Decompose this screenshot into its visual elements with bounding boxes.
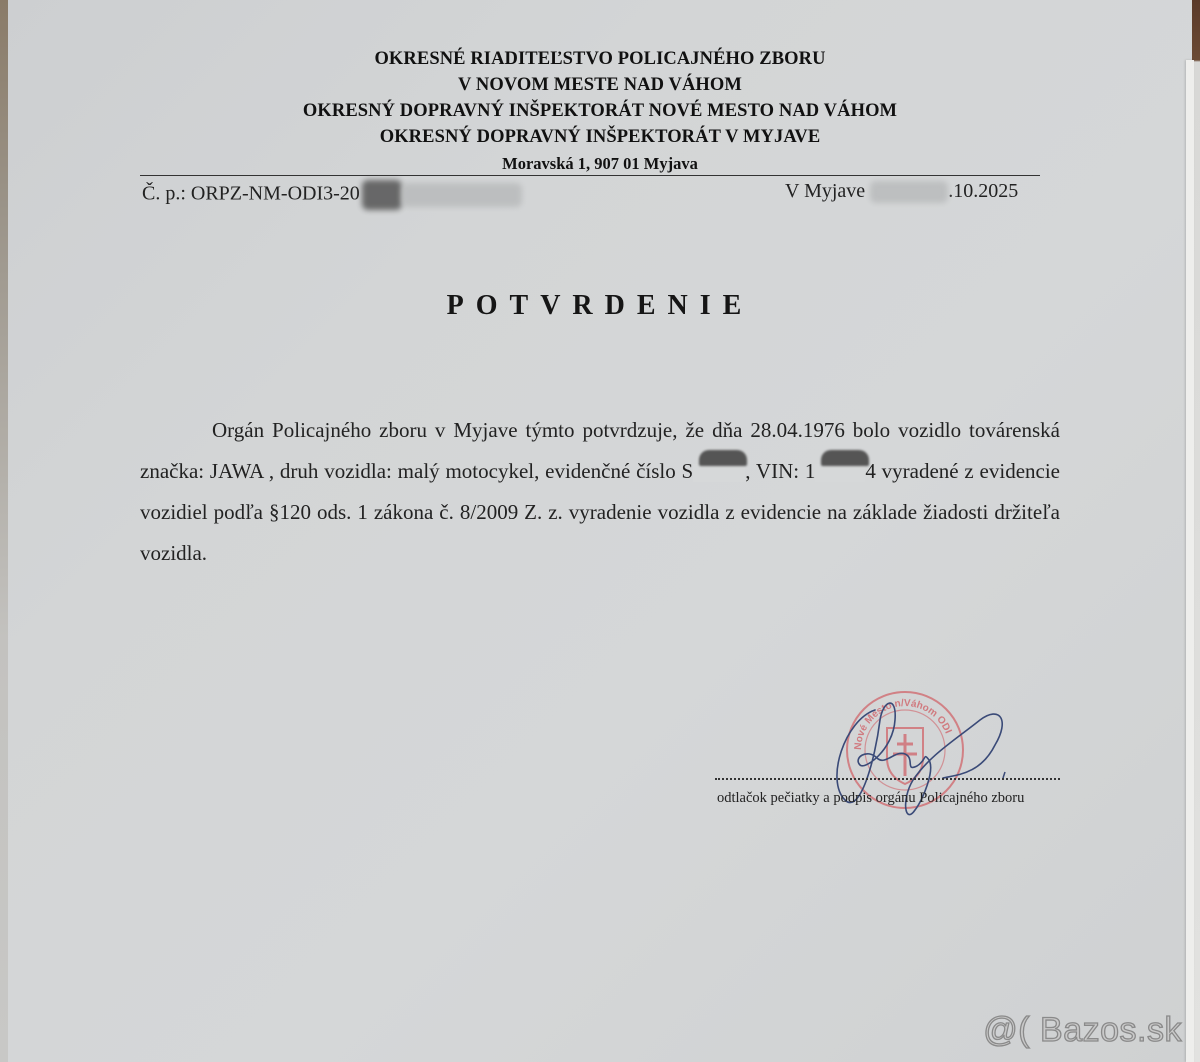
vin-redaction — [815, 464, 865, 482]
redaction-blur — [402, 183, 522, 207]
page-title: POTVRDENIE — [0, 290, 1200, 322]
reference-number: Č. p.: ORPZ-NM-ODI3-20 — [142, 180, 522, 210]
confirmation-paragraph: Orgán Policajného zboru v Myjave týmto p… — [140, 410, 1060, 574]
reference-prefix: Č. p.: ORPZ-NM-ODI3-20 — [142, 183, 360, 205]
signature-caption: odtlačok pečiatky a podpis orgánu Polica… — [717, 790, 1024, 807]
signature-block: Nové Mesto n/Váhom ODI odtlačok pečiatky… — [715, 680, 1075, 830]
plate-visible: S — [682, 459, 694, 483]
date-place: V Myjave — [785, 180, 865, 202]
header-line-3: OKRESNÝ DOPRAVNÝ INŠPEKTORÁT NOVÉ MESTO … — [0, 98, 1200, 124]
plate-redaction — [693, 464, 745, 482]
header-address: Moravská 1, 907 01 Myjava — [0, 154, 1200, 174]
header-line-2: V NOVOM MESTE NAD VÁHOM — [0, 72, 1200, 98]
date-visible: .10.2025 — [948, 180, 1018, 202]
redaction-blur — [870, 181, 948, 203]
paper-stack-edge — [1186, 60, 1194, 1062]
vin-start: 1 — [805, 459, 816, 483]
document-date: V Myjave .10.2025 — [785, 180, 1018, 203]
redaction-blur — [362, 180, 402, 210]
watermark-logo: @( Bazos.sk — [983, 1011, 1182, 1050]
header-line-1: OKRESNÉ RIADITEĽSTVO POLICAJNÉHO ZBORU — [0, 46, 1200, 72]
signature-icon — [805, 680, 1065, 830]
header-divider — [140, 175, 1040, 176]
header-line-4: OKRESNÝ DOPRAVNÝ INŠPEKTORÁT V MYJAVE — [0, 124, 1200, 150]
signature-line — [715, 776, 1060, 780]
body-segment-2: , VIN: — [745, 459, 805, 483]
